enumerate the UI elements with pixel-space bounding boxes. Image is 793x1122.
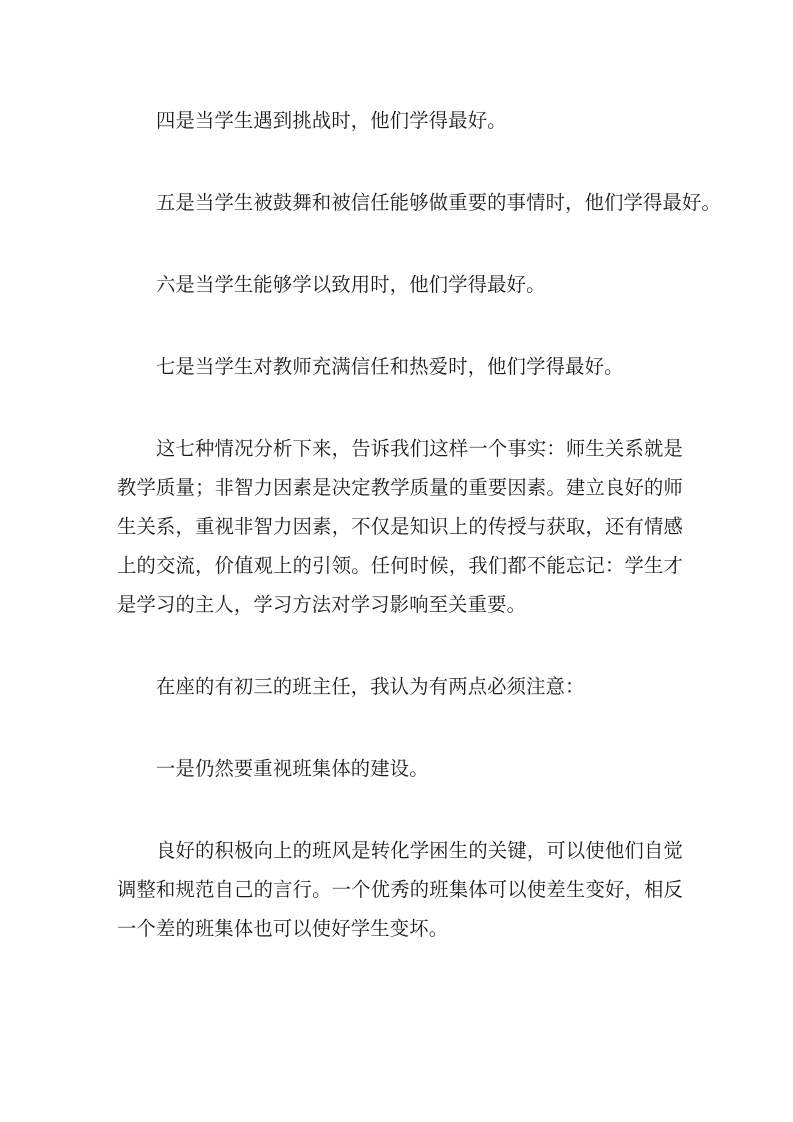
paragraph-class-atmosphere: 良好的积极向上的班风是转化学困生的关键，可以使他们自觉调整和规范自己的言行。一个… [117,831,683,948]
paragraph-point-four: 四是当学生遇到挑战时，他们学得最好。 [117,101,683,140]
paragraph-point-seven: 七是当学生对教师充满信任和热爱时，他们学得最好。 [117,347,683,386]
paragraph-point-five: 五是当学生被鼓舞和被信任能够做重要的事情时，他们学得最好。 [117,183,683,222]
paragraph-point-six: 六是当学生能够学以致用时，他们学得最好。 [117,265,683,304]
paragraph-analysis-summary: 这七种情况分析下来，告诉我们这样一个事实：师生关系就是教学质量；非智力因素是决定… [117,429,683,624]
paragraph-point-one-class-building: 一是仍然要重视班集体的建设。 [117,749,683,788]
document-page: 四是当学生遇到挑战时，他们学得最好。 五是当学生被鼓舞和被信任能够做重要的事情时… [117,101,683,991]
paragraph-class-teacher-intro: 在座的有初三的班主任，我认为有两点必须注意： [117,667,683,706]
